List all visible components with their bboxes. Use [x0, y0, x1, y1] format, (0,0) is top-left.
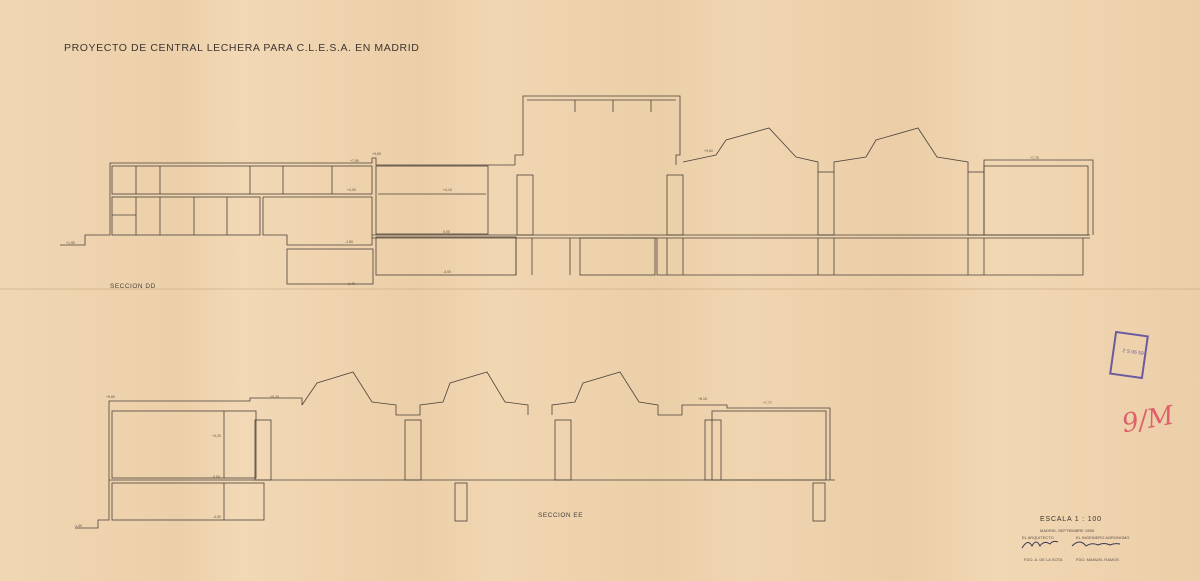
architect-name: FDO. A. DE LA SOTA: [1024, 557, 1062, 562]
elev-label: +7,50: [350, 159, 359, 163]
elev-label: +9,20: [270, 395, 279, 399]
date-place: MADRID, SEPTIEMBRE 1958: [1040, 528, 1094, 533]
elev-label: 0,00: [213, 475, 220, 479]
elev-label: -4,00: [443, 270, 451, 274]
architect-signature: [1022, 541, 1058, 548]
engineer-role: EL INGENIERO AGRONOMO: [1076, 535, 1129, 540]
elev-label: +4,10: [443, 188, 452, 192]
engineer-signature: [1072, 542, 1120, 546]
section-ee: [75, 372, 835, 528]
elev-label: +1,50: [66, 241, 75, 245]
elev-label: +9,60: [704, 149, 713, 153]
elev-label: 0,00: [443, 230, 450, 234]
elev-label: +9,60: [106, 395, 115, 399]
section-dd: [60, 96, 1093, 284]
section-drawings: [0, 0, 1200, 581]
engineer-name: FDO. MANUEL RAMOS: [1076, 557, 1119, 562]
elev-label: +7,70: [1030, 156, 1039, 160]
elev-label: -1,50: [345, 240, 353, 244]
scale-label: ESCALA 1 : 100: [1040, 516, 1102, 523]
elev-label: -4,00: [213, 515, 221, 519]
registry-stamp: 2 S 06 59: [1109, 331, 1149, 379]
architect-role: EL ARQUITECTO: [1022, 535, 1054, 540]
elev-label: -1,40: [74, 524, 82, 528]
elev-label: +8,15: [698, 397, 707, 401]
elev-label: -3,40: [347, 282, 355, 286]
elev-label: +7,77: [763, 401, 772, 405]
elev-label: +4,20: [212, 434, 221, 438]
section-dd-label: SECCION DD: [110, 283, 156, 290]
stamp-text: 2 S 06 59: [1122, 348, 1144, 357]
elev-label: +4,00: [347, 188, 356, 192]
elev-label: +9,60: [372, 152, 381, 156]
section-ee-label: SECCION EE: [538, 512, 583, 519]
